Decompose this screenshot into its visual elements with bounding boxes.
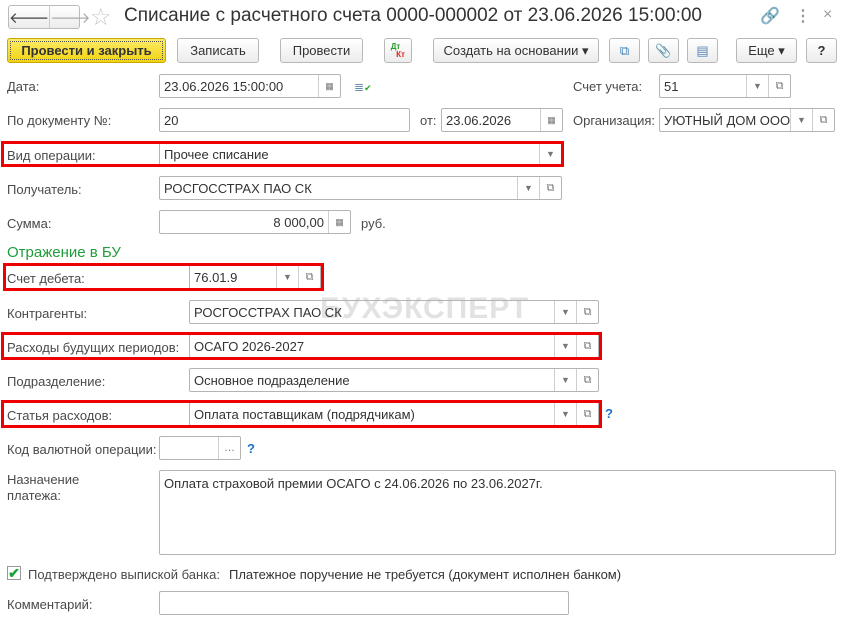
currency-label: руб. <box>361 216 386 231</box>
open-icon[interactable]: ⧉ <box>576 301 598 323</box>
deferred-field[interactable]: ОСАГО 2026-2027 ▼ ⧉ <box>189 334 599 358</box>
expense-field[interactable]: Оплата поставщикам (подрядчикам) ▼ ⧉ <box>189 402 599 426</box>
date-field[interactable]: 23.06.2026 15:00:00 ▦ <box>159 74 341 98</box>
deferred-label: Расходы будущих периодов: <box>7 340 179 355</box>
account-label: Счет учета: <box>573 79 642 94</box>
structure-icon[interactable]: ⧉ <box>609 38 640 63</box>
page-title: Списание с расчетного счета 0000-000002 … <box>124 5 702 27</box>
confirmed-note: Платежное поручение не требуется (докуме… <box>229 567 621 582</box>
open-icon[interactable]: ⧉ <box>576 335 598 357</box>
expense-label: Статья расходов: <box>7 408 112 423</box>
counterparty-field[interactable]: РОСГОССТРАХ ПАО СК ▼ ⧉ <box>189 300 599 324</box>
calendar-icon[interactable]: ▦ <box>540 109 562 131</box>
dropdown-icon[interactable]: ▼ <box>554 369 576 391</box>
confirmed-checkbox[interactable]: ✔ <box>7 566 21 580</box>
account-field[interactable]: 51 ▼ ⧉ <box>659 74 791 98</box>
dropdown-icon[interactable]: ▼ <box>554 403 576 425</box>
star-icon[interactable]: ☆ <box>90 3 112 32</box>
purpose-label-1: Назначение <box>7 472 79 487</box>
confirmed-label: Подтверждено выпиской банка: <box>28 567 220 582</box>
help-icon[interactable]: ? <box>605 406 613 421</box>
posting-status-icon[interactable]: ≣✔ <box>354 80 372 94</box>
more-icon[interactable]: ⋮ <box>795 6 811 26</box>
close-icon[interactable]: × <box>823 6 832 24</box>
open-icon[interactable]: ⧉ <box>576 369 598 391</box>
back-arrow-icon[interactable]: 🡐 <box>9 6 50 28</box>
currency-op-label: Код валютной операции: <box>7 442 157 457</box>
save-button[interactable]: Записать <box>177 38 259 63</box>
purpose-label-2: платежа: <box>7 488 61 503</box>
open-icon[interactable]: ⧉ <box>298 266 320 288</box>
calendar-icon[interactable]: ▦ <box>318 75 340 97</box>
open-icon[interactable]: ⧉ <box>768 75 790 97</box>
open-icon[interactable]: ⧉ <box>812 109 834 131</box>
debit-label: Счет дебета: <box>7 271 85 286</box>
help-icon[interactable]: ? <box>247 441 255 456</box>
dropdown-icon[interactable]: ▼ <box>554 301 576 323</box>
debit-field[interactable]: 76.01.9 ▼ ⧉ <box>189 265 321 289</box>
nav-buttons: 🡐 🡒 <box>8 5 80 29</box>
org-field[interactable]: УЮТНЫЙ ДОМ ООО ▼ ⧉ <box>659 108 835 132</box>
optype-label: Вид операции: <box>7 148 96 163</box>
comment-field[interactable] <box>159 591 569 615</box>
comment-label: Комментарий: <box>7 597 93 612</box>
attachment-icon[interactable]: 📎 <box>648 38 679 63</box>
purpose-textarea[interactable]: Оплата страховой премии ОСАГО с 24.06.20… <box>159 470 836 555</box>
currency-op-field[interactable]: … <box>159 436 241 460</box>
dropdown-icon[interactable]: ▼ <box>746 75 768 97</box>
optype-field[interactable]: Прочее списание ▼ <box>159 142 562 166</box>
dropdown-icon[interactable]: ▼ <box>517 177 539 199</box>
calculator-icon[interactable]: ▦ <box>328 211 350 233</box>
dropdown-icon[interactable]: ▼ <box>276 266 298 288</box>
recipient-field[interactable]: РОСГОССТРАХ ПАО СК ▼ ⧉ <box>159 176 562 200</box>
counterparty-label: Контрагенты: <box>7 306 87 321</box>
list-icon[interactable]: ▤ <box>687 38 718 63</box>
division-label: Подразделение: <box>7 374 105 389</box>
date-label: Дата: <box>7 79 39 94</box>
open-icon[interactable]: ⧉ <box>576 403 598 425</box>
select-ellipsis-icon[interactable]: … <box>218 437 240 459</box>
dt-kt-button[interactable]: Дт Кт <box>384 38 412 63</box>
recipient-label: Получатель: <box>7 182 82 197</box>
docnum-label: По документу №: <box>7 113 111 128</box>
from-label: от: <box>420 113 437 128</box>
dropdown-icon[interactable]: ▼ <box>554 335 576 357</box>
post-and-close-button[interactable]: Провести и закрыть <box>7 38 166 63</box>
post-button[interactable]: Провести <box>280 38 363 63</box>
create-based-on-button[interactable]: Создать на основании ▾ <box>433 38 599 63</box>
dropdown-icon[interactable]: ▼ <box>539 143 561 165</box>
dropdown-icon[interactable]: ▼ <box>790 109 812 131</box>
section-title: Отражение в БУ <box>7 244 121 261</box>
from-date-field[interactable]: 23.06.2026 ▦ <box>441 108 563 132</box>
sum-field[interactable]: 8 000,00 ▦ <box>159 210 351 234</box>
docnum-field[interactable]: 20 <box>159 108 410 132</box>
open-icon[interactable]: ⧉ <box>539 177 561 199</box>
division-field[interactable]: Основное подразделение ▼ ⧉ <box>189 368 599 392</box>
sum-label: Сумма: <box>7 216 51 231</box>
forward-arrow-icon[interactable]: 🡒 <box>50 6 90 28</box>
help-button[interactable]: ? <box>806 38 837 63</box>
org-label: Организация: <box>573 113 655 128</box>
more-button[interactable]: Еще ▾ <box>736 38 797 63</box>
link-icon[interactable]: 🔗 <box>760 6 780 26</box>
